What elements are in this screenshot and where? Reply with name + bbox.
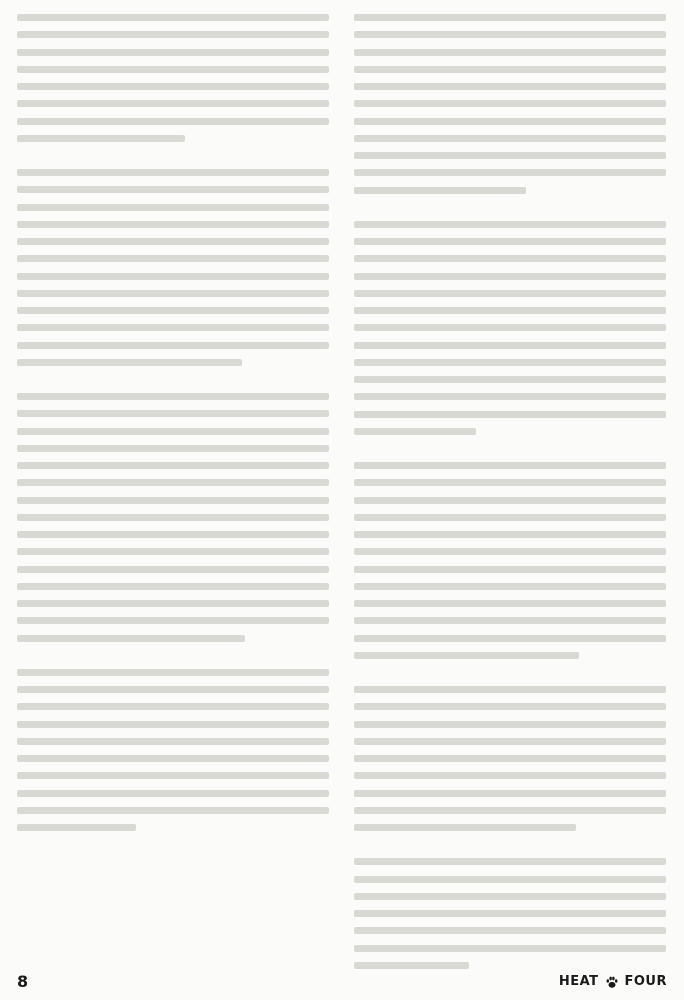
text-line [17,249,329,266]
text-line [354,508,666,525]
text-line [354,94,666,111]
text-line [354,784,666,801]
text-line [17,94,329,111]
paragraph [354,456,666,663]
text-line [354,611,666,628]
text-line [17,732,329,749]
text-line [17,542,329,559]
text-line [17,680,329,697]
paragraph [17,663,329,836]
text-line [354,749,666,766]
text-line [17,456,329,473]
text-line [354,697,666,714]
text-line [17,715,329,732]
paragraph [17,163,329,370]
text-line [17,594,329,611]
text-line [354,353,666,370]
text-line [17,318,329,335]
text-line [354,491,666,508]
text-line [17,336,329,353]
text-line [17,198,329,215]
text-line [17,163,329,180]
page-number: 8 [17,972,28,991]
text-line [17,180,329,197]
text-line [354,422,666,439]
text-line [354,560,666,577]
text-line [17,129,329,146]
text-line [17,749,329,766]
text-line [17,629,329,646]
text-line [354,43,666,60]
text-line [354,129,666,146]
text-line [354,163,666,180]
text-line [354,818,666,835]
text-line [354,25,666,42]
paragraph [354,852,666,973]
text-line [354,146,666,163]
text-line [17,784,329,801]
text-line [354,732,666,749]
text-line [17,801,329,818]
text-line [354,715,666,732]
text-line [354,904,666,921]
text-line [354,766,666,783]
text-line [354,939,666,956]
text-line [354,112,666,129]
text-line [354,577,666,594]
text-line [17,560,329,577]
text-line [354,370,666,387]
text-line [354,232,666,249]
text-line [17,818,329,835]
text-line [17,25,329,42]
text-line [354,301,666,318]
text-line [354,680,666,697]
text-line [354,181,666,198]
text-line [17,43,329,60]
text-line [17,387,329,404]
text-line [354,646,666,663]
text-line [17,663,329,680]
text-line [17,301,329,318]
right-column [354,8,666,948]
page-body [17,8,667,948]
text-line [17,508,329,525]
text-line [17,611,329,628]
text-line [354,77,666,94]
paragraph [354,680,666,835]
text-line [354,249,666,266]
text-line [17,422,329,439]
text-line [17,267,329,284]
text-line [354,267,666,284]
text-line [354,405,666,422]
text-line [17,439,329,456]
text-line [354,870,666,887]
left-column [17,8,329,948]
text-line [354,336,666,353]
paragraph [354,215,666,439]
text-line [354,921,666,938]
text-line [17,215,329,232]
text-line [354,542,666,559]
paragraph [17,387,329,646]
text-line [354,525,666,542]
paragraph [354,8,666,198]
text-line [354,284,666,301]
text-line [354,629,666,646]
paw-print-icon [605,975,619,989]
text-line [354,215,666,232]
running-title-right: FOUR [625,974,668,989]
text-line [17,697,329,714]
running-title-left: HEAT [559,974,599,989]
text-line [17,525,329,542]
text-line [354,318,666,335]
text-line [354,887,666,904]
text-line [17,232,329,249]
text-line [354,60,666,77]
page-footer: 8 HEAT FOUR [17,972,667,996]
text-line [17,60,329,77]
paragraph [17,8,329,146]
text-line [354,594,666,611]
text-line [17,491,329,508]
text-line [17,473,329,490]
text-line [17,577,329,594]
text-line [17,112,329,129]
text-line [354,387,666,404]
text-line [354,456,666,473]
text-line [17,766,329,783]
text-line [354,852,666,869]
text-line [17,404,329,421]
text-line [354,801,666,818]
text-line [354,8,666,25]
text-line [354,956,666,973]
text-line [17,77,329,94]
text-line [354,473,666,490]
text-line [17,353,329,370]
text-line [17,8,329,25]
running-title: HEAT FOUR [559,974,667,989]
text-line [17,284,329,301]
